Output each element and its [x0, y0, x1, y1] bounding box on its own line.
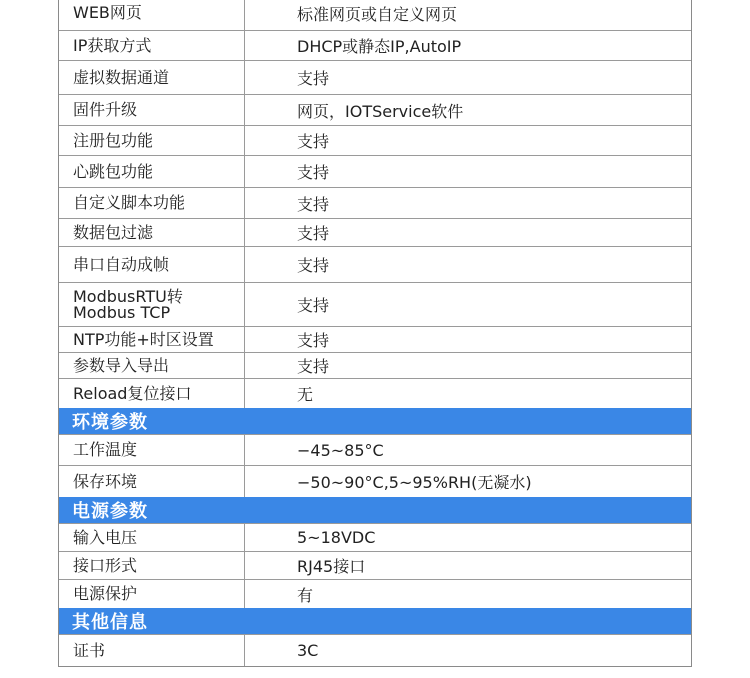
spec-value: 支持: [245, 327, 691, 352]
spec-value: 标准网页或自定义网页: [245, 0, 691, 30]
table-row: 自定义脚本功能支持: [59, 187, 691, 218]
spec-key: Reload复位接口: [59, 379, 245, 408]
spec-value: DHCP或静态IP,AutoIP: [245, 31, 691, 60]
spec-key: 心跳包功能: [59, 156, 245, 187]
table-row: 固件升级网页，IOTService软件: [59, 94, 691, 125]
spec-value: 支持: [245, 247, 691, 282]
table-row: 串口自动成帧支持: [59, 246, 691, 282]
spec-value: 支持: [245, 188, 691, 218]
spec-key: 自定义脚本功能: [59, 188, 245, 218]
table-row: NTP功能+时区设置支持: [59, 326, 691, 352]
spec-table: WEB网页标准网页或自定义网页IP获取方式DHCP或静态IP,AutoIP虚拟数…: [58, 0, 692, 667]
table-row: 工作温度−45~85°C: [59, 434, 691, 465]
spec-value: 支持: [245, 353, 691, 378]
spec-value: 支持: [245, 61, 691, 94]
table-row: 保存环境−50~90°C,5~95%RH(无凝水): [59, 465, 691, 497]
section-header: 其他信息: [59, 608, 691, 634]
spec-key: 注册包功能: [59, 126, 245, 155]
section-title: 电源参数: [59, 497, 148, 523]
spec-key: 保存环境: [59, 466, 245, 497]
spec-key: 参数导入导出: [59, 353, 245, 378]
table-row: 证书3C: [59, 634, 691, 666]
spec-value: 支持: [245, 156, 691, 187]
spec-key: 虚拟数据通道: [59, 61, 245, 94]
spec-value: 无: [245, 379, 691, 408]
table-row: 输入电压5~18VDC: [59, 523, 691, 551]
spec-value: 5~18VDC: [245, 524, 691, 551]
spec-value: 网页，IOTService软件: [245, 95, 691, 125]
spec-key: WEB网页: [59, 0, 245, 30]
spec-key: 工作温度: [59, 435, 245, 465]
spec-key: ModbusRTU转 Modbus TCP: [59, 283, 245, 326]
spec-value: RJ45接口: [245, 552, 691, 579]
table-row: 虚拟数据通道支持: [59, 60, 691, 94]
spec-value: 支持: [245, 219, 691, 246]
spec-value: 支持: [245, 126, 691, 155]
spec-key: 串口自动成帧: [59, 247, 245, 282]
spec-value: −50~90°C,5~95%RH(无凝水): [245, 466, 691, 497]
spec-key: 固件升级: [59, 95, 245, 125]
section-title: 环境参数: [59, 408, 148, 434]
section-header: 电源参数: [59, 497, 691, 523]
spec-value: 有: [245, 580, 691, 608]
spec-value: 3C: [245, 635, 691, 666]
section-header: 环境参数: [59, 408, 691, 434]
spec-key: NTP功能+时区设置: [59, 327, 245, 352]
table-row: 注册包功能支持: [59, 125, 691, 155]
spec-key: 电源保护: [59, 580, 245, 608]
section-title: 其他信息: [59, 608, 148, 634]
spec-key: 数据包过滤: [59, 219, 245, 246]
spec-value: −45~85°C: [245, 435, 691, 465]
table-row: Reload复位接口无: [59, 378, 691, 408]
spec-key: IP获取方式: [59, 31, 245, 60]
table-row: 参数导入导出支持: [59, 352, 691, 378]
spec-key: 接口形式: [59, 552, 245, 579]
table-row: 接口形式RJ45接口: [59, 551, 691, 579]
table-row: WEB网页标准网页或自定义网页: [59, 0, 691, 30]
table-row: 数据包过滤支持: [59, 218, 691, 246]
table-row: IP获取方式DHCP或静态IP,AutoIP: [59, 30, 691, 60]
table-row: 电源保护有: [59, 579, 691, 608]
table-row: ModbusRTU转 Modbus TCP支持: [59, 282, 691, 326]
spec-key: 输入电压: [59, 524, 245, 551]
spec-value: 支持: [245, 283, 691, 326]
spec-key: 证书: [59, 635, 245, 666]
table-row: 心跳包功能支持: [59, 155, 691, 187]
